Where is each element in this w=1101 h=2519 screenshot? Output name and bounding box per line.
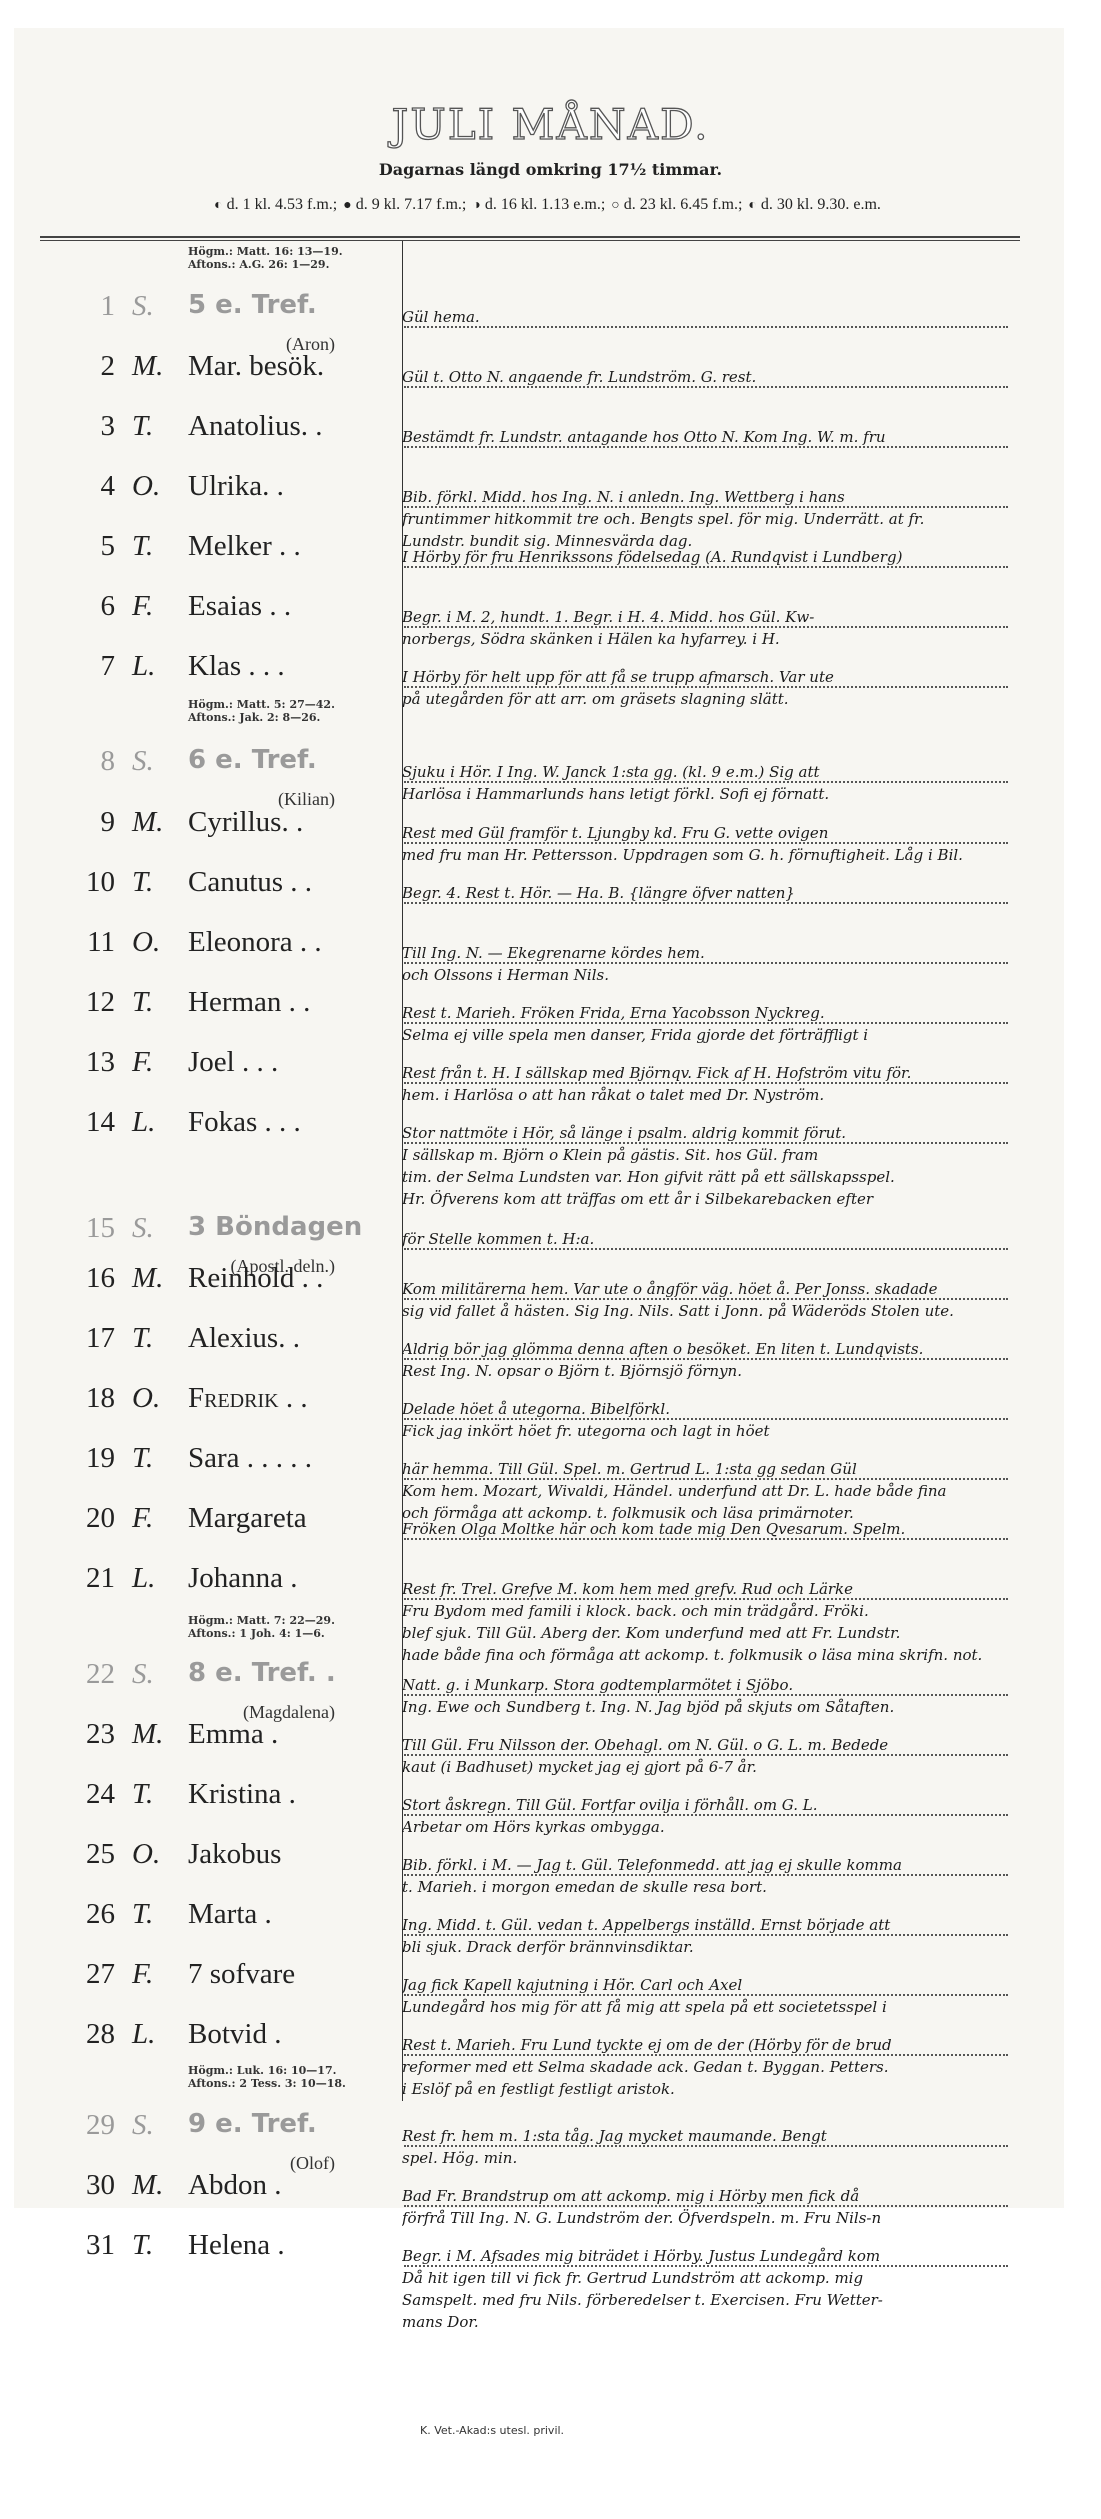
day-number: 6 [101, 590, 116, 623]
day-row: 19T.Sara . . . . . [0, 1442, 400, 1482]
weekday: S. [132, 745, 154, 778]
weekday: T. [132, 1322, 153, 1355]
handwritten-entry: Rest från t. H. I sällskap med Björnqv. … [402, 1062, 1062, 1106]
first-quarter-moon-icon: ◐ [214, 198, 222, 213]
printer-privilege: K. Vet.-Akad:s utesl. privil. [420, 2424, 564, 2437]
day-number: 18 [86, 1382, 115, 1415]
weekday: T. [132, 410, 153, 443]
handwritten-entry: Jag fick Kapell kajutning i Hör. Carl oc… [402, 1974, 1062, 2018]
name-day: Ulrika. . [188, 470, 284, 503]
day-row: 17T.Alexius. . [0, 1322, 400, 1362]
name-day: Joel . . . [188, 1046, 278, 1079]
day-number: 11 [87, 926, 115, 959]
handwritten-entry: Delade höet å utegorna. Bibelförkl.Fick … [402, 1398, 1062, 1442]
new-moon-icon: ○ [611, 198, 619, 213]
sunday-reading: Högm.: Matt. 5: 27—42.Aftons.: Jak. 2: 8… [188, 698, 335, 724]
moon-phases: ◐d. 1 kl. 4.53 f.m.;●d. 9 kl. 7.17 f.m.;… [0, 196, 1101, 214]
name-day: 3 Böndagen [188, 1212, 362, 1242]
name-day: Esaias . . [188, 590, 291, 623]
moon-phase: ◑d. 16 kl. 1.13 e.m.; [472, 196, 605, 213]
name-day: Cyrillus. . [188, 806, 303, 839]
day-row: 9M.Cyrillus. . [0, 806, 400, 846]
name-day: Jakobus [188, 1838, 281, 1871]
day-row: 1S.5 e. Tref. [0, 290, 400, 330]
handwritten-entry: Till Gül. Fru Nilsson der. Obehagl. om N… [402, 1734, 1062, 1778]
weekday: M. [132, 1718, 163, 1751]
handwritten-entry: I Hörby för fru Henrikssons födelsedag (… [402, 546, 1062, 568]
moon-phase: ◐d. 1 kl. 4.53 f.m.; [214, 196, 337, 213]
day-number: 23 [86, 1718, 115, 1751]
weekday: L. [132, 2018, 155, 2051]
name-day: Fredrik . . [188, 1382, 308, 1415]
day-row: 26T.Marta . [0, 1898, 400, 1938]
day-row: 27F.7 sofvare [0, 1958, 400, 1998]
name-day: Alexius. . [188, 1322, 300, 1355]
name-day: Sara . . . . . [188, 1442, 312, 1475]
day-row: 22S.8 e. Tref. . [0, 1658, 400, 1698]
weekday: O. [132, 926, 160, 959]
day-number: 24 [86, 1778, 115, 1811]
header-rule [40, 236, 1020, 238]
handwritten-entry: Bib. förkl. i M. — Jag t. Gül. Telefonme… [402, 1854, 1062, 1898]
handwritten-entry: Fröken Olga Moltke här och kom tade mig … [402, 1518, 1062, 1540]
day-number: 9 [101, 806, 116, 839]
name-day: Johanna . [188, 1562, 298, 1595]
header-rule-thin [40, 240, 1020, 241]
name-day: Anatolius. . [188, 410, 323, 443]
name-day: Abdon . [188, 2169, 281, 2202]
weekday: M. [132, 350, 163, 383]
day-row: 7L.Klas . . . [0, 650, 400, 690]
day-row: 14L.Fokas . . . [0, 1106, 400, 1146]
handwritten-entry: I Hörby för helt upp för att få se trupp… [402, 666, 1062, 710]
handwritten-entry: Sjuku i Hör. I Ing. W. Janck 1:sta gg. (… [402, 761, 1062, 805]
handwritten-entry: Gül t. Otto N. angaende fr. Lundström. G… [402, 366, 1062, 388]
day-row: 10T.Canutus . . [0, 866, 400, 906]
day-row: 25O.Jakobus [0, 1838, 400, 1878]
day-number: 29 [86, 2109, 115, 2142]
name-day: Reinhold . . [188, 1262, 323, 1295]
day-number: 2 [101, 350, 116, 383]
page-title: JULI MÅNAD. [0, 100, 1101, 149]
day-number: 15 [86, 1212, 115, 1245]
name-day: Herman . . [188, 986, 310, 1019]
handwritten-entry: Till Ing. N. — Ekegrenarne kördes hem.oc… [402, 942, 1062, 986]
weekday: O. [132, 1382, 160, 1415]
sunday-reading: Högm.: Luk. 16: 10—17.Aftons.: 2 Tess. 3… [188, 2064, 346, 2090]
weekday: T. [132, 866, 153, 899]
day-row: 15S.3 Böndagen [0, 1212, 400, 1252]
weekday: O. [132, 470, 160, 503]
handwritten-entry: Begr. 4. Rest t. Hör. — Ha. B. {längre ö… [402, 882, 1062, 904]
weekday: O. [132, 1838, 160, 1871]
day-row: 29S.9 e. Tref. [0, 2109, 400, 2149]
name-day: 9 e. Tref. [188, 2109, 317, 2139]
first-quarter-moon-icon: ◐ [748, 198, 756, 213]
name-day: Margareta [188, 1502, 307, 1535]
name-day: Klas . . . [188, 650, 285, 683]
moon-phase: ○d. 23 kl. 6.45 f.m.; [611, 196, 742, 213]
day-number: 12 [86, 986, 115, 1019]
day-row: 31T.Helena . [0, 2229, 400, 2269]
handwritten-entry: Natt. g. i Munkarp. Stora godtemplarmöte… [402, 1674, 1062, 1718]
weekday: M. [132, 2169, 163, 2202]
day-row: 6F.Esaias . . [0, 590, 400, 630]
weekday: M. [132, 806, 163, 839]
day-row: 16M.Reinhold . . [0, 1262, 400, 1302]
weekday: T. [132, 530, 153, 563]
moon-phase: ●d. 9 kl. 7.17 f.m.; [343, 196, 466, 213]
last-quarter-moon-icon: ◑ [472, 198, 480, 213]
weekday: F. [132, 1958, 153, 1991]
full-moon-icon: ● [343, 198, 351, 213]
day-row: 13F.Joel . . . [0, 1046, 400, 1086]
handwritten-entry: Bestämdt fr. Lundstr. antagande hos Otto… [402, 426, 1062, 448]
day-number: 25 [86, 1838, 115, 1871]
handwritten-entry: Kom militärerna hem. Var ute o ångför vä… [402, 1278, 1062, 1322]
weekday: F. [132, 590, 153, 623]
weekday: L. [132, 650, 155, 683]
weekday: T. [132, 1898, 153, 1931]
day-number: 20 [86, 1502, 115, 1535]
day-row: 18O.Fredrik . . [0, 1382, 400, 1422]
name-day: Kristina . [188, 1778, 296, 1811]
name-day: 6 e. Tref. [188, 745, 317, 775]
day-row: 5T.Melker . . [0, 530, 400, 570]
day-row: 24T.Kristina . [0, 1778, 400, 1818]
weekday: L. [132, 1562, 155, 1595]
handwritten-entry: Aldrig bör jag glömma denna aften o besö… [402, 1338, 1062, 1382]
weekday: S. [132, 2109, 154, 2142]
day-row: 21L.Johanna . [0, 1562, 400, 1602]
day-row: 23M.Emma . [0, 1718, 400, 1758]
weekday: T. [132, 2229, 153, 2262]
day-number: 8 [101, 745, 116, 778]
name-day: Melker . . [188, 530, 301, 563]
day-number: 5 [101, 530, 116, 563]
day-number: 3 [101, 410, 116, 443]
day-number: 28 [86, 2018, 115, 2051]
weekday: S. [132, 1658, 154, 1691]
name-day: Fokas . . . [188, 1106, 301, 1139]
day-number: 1 [101, 290, 116, 323]
day-number: 30 [86, 2169, 115, 2202]
day-row: 3T.Anatolius. . [0, 410, 400, 450]
handwritten-entry: Stor nattmöte i Hör, så länge i psalm. a… [402, 1122, 1062, 1210]
day-length-subtitle: Dagarnas längd omkring 17½ timmar. [0, 160, 1101, 179]
handwritten-entry: Rest t. Marieh. Fröken Frida, Erna Yacob… [402, 1002, 1062, 1046]
day-row: 8S.6 e. Tref. [0, 745, 400, 785]
day-number: 19 [86, 1442, 115, 1475]
day-number: 27 [86, 1958, 115, 1991]
day-number: 14 [86, 1106, 115, 1139]
day-number: 31 [86, 2229, 115, 2262]
name-day: Eleonora . . [188, 926, 322, 959]
handwritten-entry: Rest fr. Trel. Grefve M. kom hem med gre… [402, 1578, 1062, 1666]
weekday: L. [132, 1106, 155, 1139]
handwritten-entry: Rest fr. hem m. 1:sta tåg. Jag mycket ma… [402, 2125, 1062, 2169]
name-day: Marta . [188, 1898, 272, 1931]
name-day: Emma . [188, 1718, 278, 1751]
handwritten-entry: Bib. förkl. Midd. hos Ing. N. i anledn. … [402, 486, 1062, 552]
day-row: 30M.Abdon . [0, 2169, 400, 2209]
name-day: 7 sofvare [188, 1958, 295, 1991]
name-day: Mar. besök. [188, 350, 324, 383]
handwritten-entry: Bad Fr. Brandstrup om att ackomp. mig i … [402, 2185, 1062, 2229]
handwritten-entry: för Stelle kommen t. H:a. [402, 1228, 1062, 1250]
weekday: T. [132, 1442, 153, 1475]
day-number: 17 [86, 1322, 115, 1355]
day-number: 26 [86, 1898, 115, 1931]
sunday-reading: Högm.: Matt. 16: 13—19.Aftons.: A.G. 26:… [188, 245, 343, 271]
sunday-reading: Högm.: Matt. 7: 22—29.Aftons.: 1 Joh. 4:… [188, 1614, 335, 1640]
weekday: F. [132, 1502, 153, 1535]
day-row: 20F.Margareta [0, 1502, 400, 1542]
name-day: 5 e. Tref. [188, 290, 317, 320]
day-number: 21 [86, 1562, 115, 1595]
day-number: 7 [101, 650, 116, 683]
weekday: S. [132, 290, 154, 323]
moon-phase: ◐d. 30 kl. 9.30. e.m. [748, 196, 880, 213]
weekday: M. [132, 1262, 163, 1295]
day-number: 10 [86, 866, 115, 899]
name-day: Canutus . . [188, 866, 312, 899]
name-day: Helena . [188, 2229, 285, 2262]
handwritten-entry: Stort åskregn. Till Gül. Fortfar ovilja … [402, 1794, 1062, 1838]
day-row: 28L.Botvid . [0, 2018, 400, 2058]
day-number: 16 [86, 1262, 115, 1295]
handwritten-entry: Begr. i M. Afsades mig biträdet i Hörby.… [402, 2245, 1062, 2333]
handwritten-entry: Rest med Gül framför t. Ljungby kd. Fru … [402, 822, 1062, 866]
name-day: 8 e. Tref. . [188, 1658, 336, 1688]
handwritten-entry: Ing. Midd. t. Gül. vedan t. Appelbergs i… [402, 1914, 1062, 1958]
handwritten-entry: Gül hema. [402, 306, 1062, 328]
day-number: 22 [86, 1658, 115, 1691]
name-day: Botvid . [188, 2018, 281, 2051]
day-row: 11O.Eleonora . . [0, 926, 400, 966]
weekday: T. [132, 986, 153, 1019]
day-row: 2M.Mar. besök. [0, 350, 400, 390]
weekday: F. [132, 1046, 153, 1079]
weekday: T. [132, 1778, 153, 1811]
handwritten-entry: Begr. i M. 2, hundt. 1. Begr. i H. 4. Mi… [402, 606, 1062, 650]
weekday: S. [132, 1212, 154, 1245]
day-number: 13 [86, 1046, 115, 1079]
day-row: 4O.Ulrika. . [0, 470, 400, 510]
day-number: 4 [101, 470, 116, 503]
handwritten-entry: här hemma. Till Gül. Spel. m. Gertrud L.… [402, 1458, 1062, 1524]
handwritten-entry: Rest t. Marieh. Fru Lund tyckte ej om de… [402, 2034, 1062, 2100]
day-row: 12T.Herman . . [0, 986, 400, 1026]
